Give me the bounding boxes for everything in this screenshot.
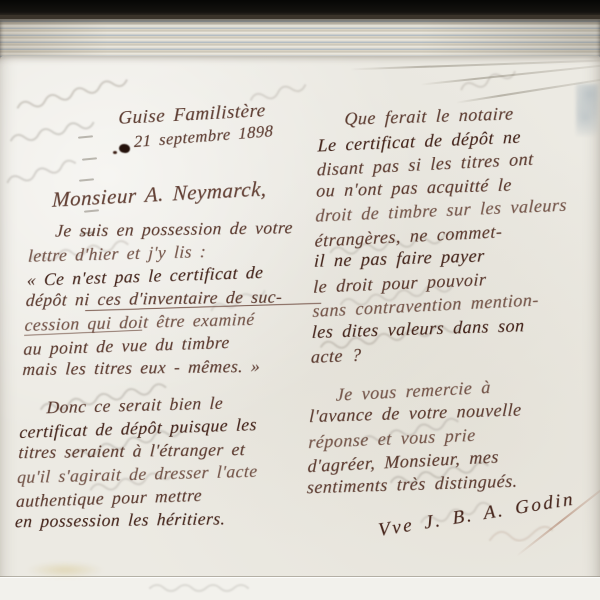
book-gutter-background: [0, 0, 600, 15]
handwritten-line: en possession les héritiers.: [14, 506, 307, 533]
left-text-column: Je suis en possession de votre lettre d'…: [14, 215, 321, 535]
photographed-letterbook-page: Guise Familistère 21 septembre 1898 Mons…: [0, 0, 600, 600]
letter-page: Guise Familistère 21 septembre 1898 Mons…: [0, 56, 600, 600]
stacked-page-edges: [0, 15, 600, 62]
right-text-column: Que ferait le notaire Le certificat de d…: [306, 98, 600, 531]
handwritten-line: mais les titres eux - mêmes. »: [22, 354, 315, 381]
